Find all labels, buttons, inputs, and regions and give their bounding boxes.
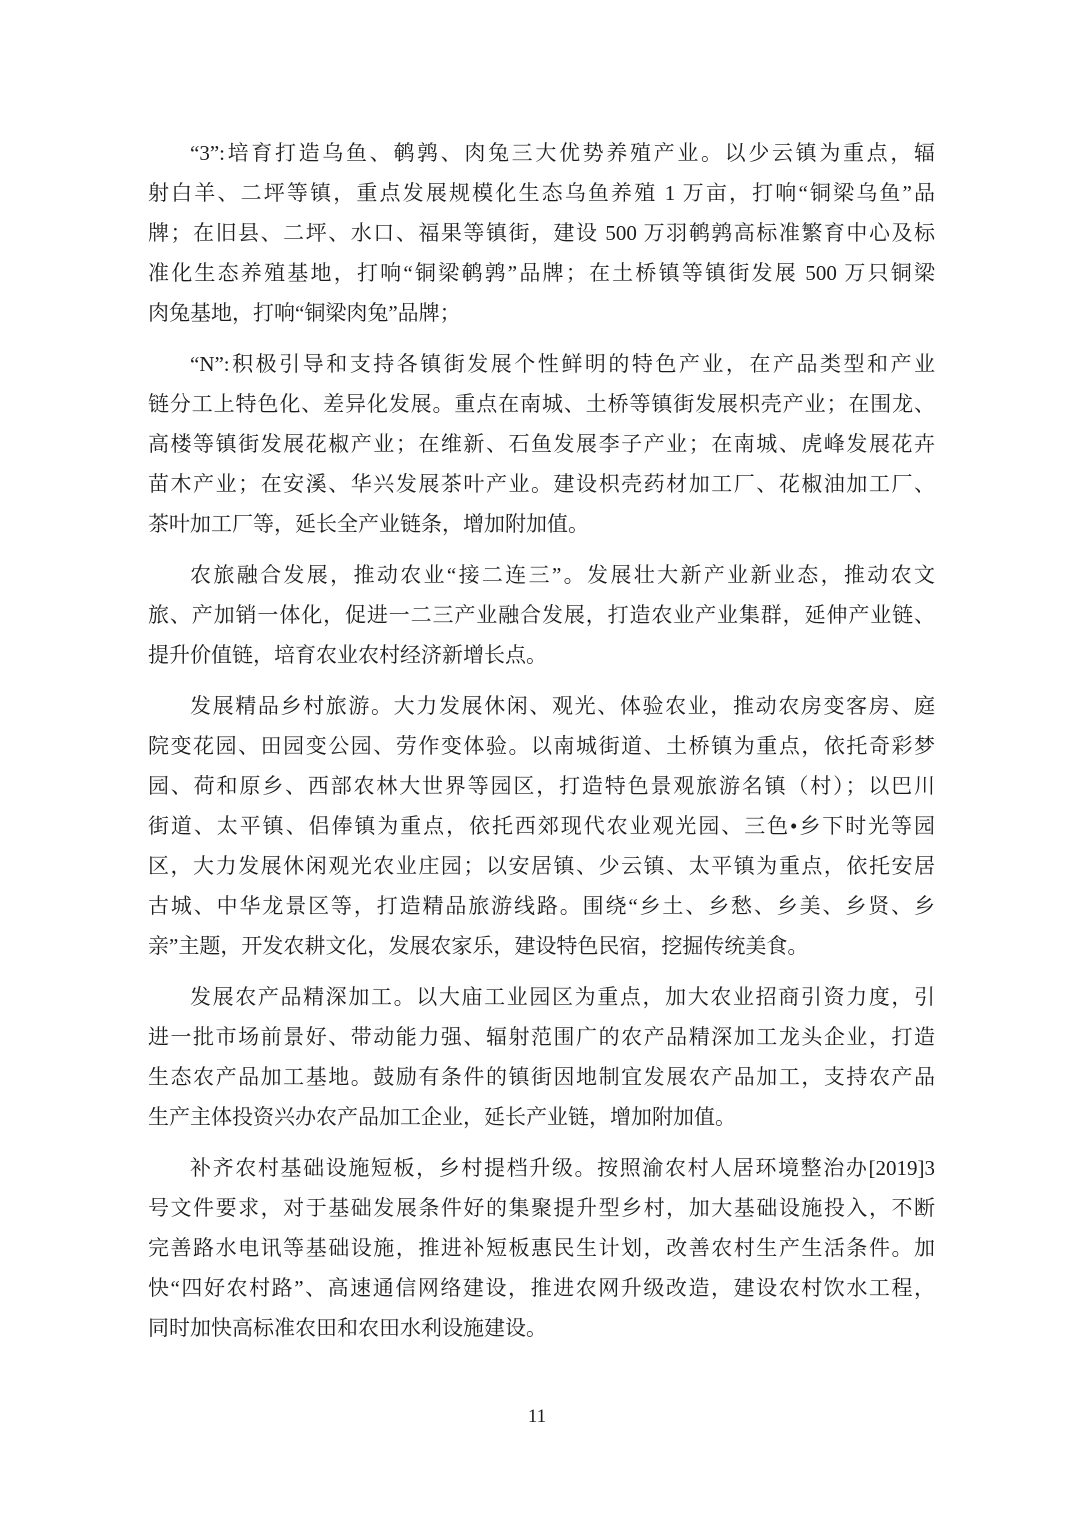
text-line: 生产主体投资兴办农产品加工企业，延长产业链，增加附加值。 (148, 1097, 935, 1137)
text-line: 号文件要求，对于基础发展条件好的集聚提升型乡村，加大基础设施投入，不断 (148, 1188, 935, 1228)
text-line: 街道、太平镇、侣俸镇为重点，依托西郊现代农业观光园、三色•乡下时光等园 (148, 806, 935, 846)
text-line: 快“四好农村路”、高速通信网络建设，推进农网升级改造，建设农村饮水工程， (148, 1268, 935, 1308)
text-line: 生态农产品加工基地。鼓励有条件的镇街因地制宜发展农产品加工，支持农产品 (148, 1057, 935, 1097)
paragraph: “3”:培育打造乌鱼、鹌鹑、肉兔三大优势养殖产业。以少云镇为重点，辐射白羊、二坪… (148, 133, 935, 333)
text-line: 同时加快高标准农田和农田水利设施建设。 (148, 1308, 935, 1348)
text-line: 苗木产业；在安溪、华兴发展茶叶产业。建设枳壳药材加工厂、花椒油加工厂、 (148, 464, 935, 504)
paragraph: “N”:积极引导和支持各镇街发展个性鲜明的特色产业，在产品类型和产业链分工上特色… (148, 344, 935, 544)
text-line: “3”:培育打造乌鱼、鹌鹑、肉兔三大优势养殖产业。以少云镇为重点，辐 (148, 133, 935, 173)
document-page: “3”:培育打造乌鱼、鹌鹑、肉兔三大优势养殖产业。以少云镇为重点，辐射白羊、二坪… (0, 0, 1074, 1520)
paragraph: 发展精品乡村旅游。大力发展休闲、观光、体验农业，推动农房变客房、庭院变花园、田园… (148, 686, 935, 966)
document-body: “3”:培育打造乌鱼、鹌鹑、肉兔三大优势养殖产业。以少云镇为重点，辐射白羊、二坪… (148, 133, 935, 1348)
text-line: 区，大力发展休闲观光农业庄园；以安居镇、少云镇、太平镇为重点，依托安居 (148, 846, 935, 886)
text-line: 旅、产加销一体化，促进一二三产业融合发展，打造农业产业集群，延伸产业链、 (148, 595, 935, 635)
text-line: 完善路水电讯等基础设施，推进补短板惠民生计划，改善农村生产生活条件。加 (148, 1228, 935, 1268)
text-line: 院变花园、田园变公园、劳作变体验。以南城街道、土桥镇为重点，依托奇彩梦 (148, 726, 935, 766)
text-line: 园、荷和原乡、西部农林大世界等园区，打造特色景观旅游名镇（村）；以巴川 (148, 766, 935, 806)
text-line: 古城、中华龙景区等，打造精品旅游线路。围绕“乡土、乡愁、乡美、乡贤、乡 (148, 886, 935, 926)
text-line: 链分工上特色化、差异化发展。重点在南城、土桥等镇街发展枳壳产业；在围龙、 (148, 384, 935, 424)
text-line: 茶叶加工厂等，延长全产业链条，增加附加值。 (148, 504, 935, 544)
text-line: 发展精品乡村旅游。大力发展休闲、观光、体验农业，推动农房变客房、庭 (148, 686, 935, 726)
text-line: 进一批市场前景好、带动能力强、辐射范围广的农产品精深加工龙头企业，打造 (148, 1017, 935, 1057)
text-line: 亲”主题，开发农耕文化，发展农家乐，建设特色民宿，挖掘传统美食。 (148, 926, 935, 966)
paragraph: 发展农产品精深加工。以大庙工业园区为重点，加大农业招商引资力度，引进一批市场前景… (148, 977, 935, 1137)
text-line: 补齐农村基础设施短板，乡村提档升级。按照渝农村人居环境整治办[2019]3 (148, 1148, 935, 1188)
paragraph: 补齐农村基础设施短板，乡村提档升级。按照渝农村人居环境整治办[2019]3号文件… (148, 1148, 935, 1348)
text-line: 肉兔基地，打响“铜梁肉兔”品牌； (148, 293, 935, 333)
text-line: 提升价值链，培育农业农村经济新增长点。 (148, 635, 935, 675)
text-line: 射白羊、二坪等镇，重点发展规模化生态乌鱼养殖 1 万亩，打响“铜梁乌鱼”品 (148, 173, 935, 213)
text-line: 发展农产品精深加工。以大庙工业园区为重点，加大农业招商引资力度，引 (148, 977, 935, 1017)
text-line: 准化生态养殖基地，打响“铜梁鹌鹑”品牌；在土桥镇等镇街发展 500 万只铜梁 (148, 253, 935, 293)
text-line: 高楼等镇街发展花椒产业；在维新、石鱼发展李子产业；在南城、虎峰发展花卉 (148, 424, 935, 464)
text-line: 农旅融合发展，推动农业“接二连三”。发展壮大新产业新业态，推动农文 (148, 555, 935, 595)
text-line: 牌；在旧县、二坪、水口、福果等镇街，建设 500 万羽鹌鹑高标准繁育中心及标 (148, 213, 935, 253)
page-number: 11 (0, 1406, 1074, 1428)
paragraph: 农旅融合发展，推动农业“接二连三”。发展壮大新产业新业态，推动农文旅、产加销一体… (148, 555, 935, 675)
text-line: “N”:积极引导和支持各镇街发展个性鲜明的特色产业，在产品类型和产业 (148, 344, 935, 384)
